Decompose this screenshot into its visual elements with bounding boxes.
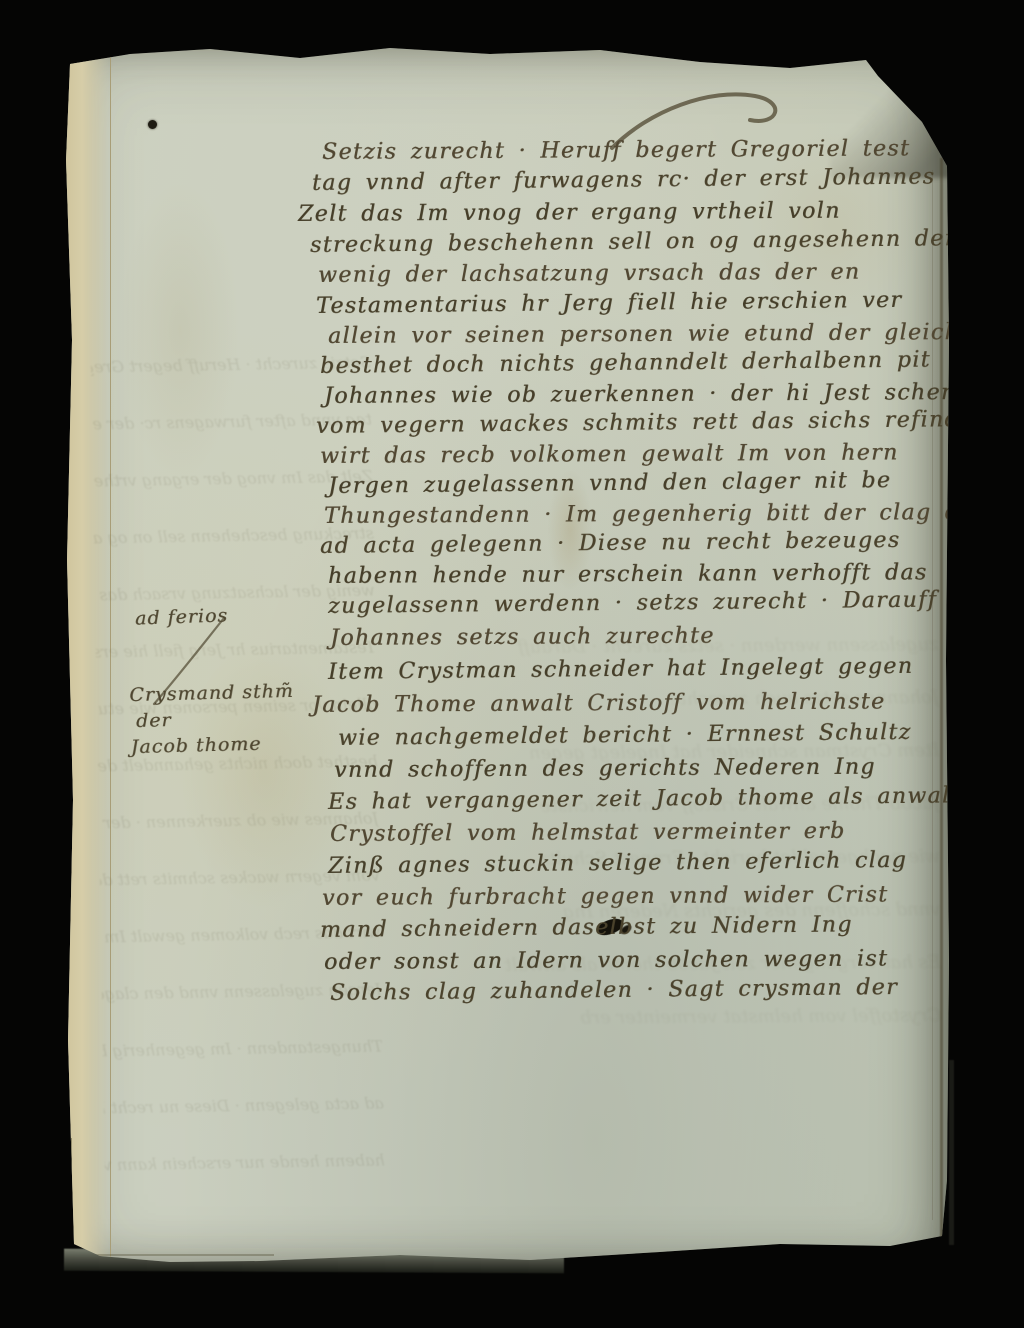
text-line: tag vnnd after furwagens rc· der erst Jo… — [312, 164, 936, 196]
text-line: mand schneidern daselbst zu Nidern Ing — [320, 912, 853, 943]
text-line: Johannes wie ob zuerkennen · der hi Jest… — [324, 380, 979, 409]
text-line: allein vor seinen personen wie etund der… — [328, 320, 960, 349]
text-line: besthet doch nichts gehanndelt derhalben… — [320, 348, 931, 379]
text-line: Jergen zugelassenn vnnd den clager nit b… — [328, 468, 892, 499]
text-line: Zelt das Im vnog der ergang vrtheil voln — [298, 199, 841, 227]
text-line: Setzis zurecht · Heruff begert Gregoriel… — [322, 136, 910, 165]
page-stack-edge — [949, 1060, 954, 1245]
text-line: Testamentarius hr Jerg fiell hie erschie… — [316, 288, 903, 319]
manuscript-text-block: Setzis zurecht · Heruff begert Gregoriel… — [60, 40, 952, 1290]
text-line: Thungestandenn · Im gegenherig bitt der … — [324, 500, 987, 529]
text-line: vor euch furbracht gegen vnnd wider Cris… — [322, 883, 888, 911]
photo-background: Setzis zurecht · Heruff begert Gregoriel… — [0, 0, 1024, 1328]
manuscript-page: Setzis zurecht · Heruff begert Gregoriel… — [60, 40, 952, 1290]
text-line: Zinß agnes stuckin selige then eferlich … — [328, 848, 907, 879]
text-line: zugelassenn werdenn · setzs zurecht · Da… — [328, 588, 937, 619]
text-line: Solchs clag zuhandelen · Sagt crysman de… — [330, 975, 898, 1006]
text-line: Es hat vergangener zeit Jacob thome als … — [328, 783, 961, 815]
text-line: wirt das recb volkomen gewalt Im von her… — [320, 440, 899, 469]
text-line: Jacob Thome anwalt Cristoff vom helrichs… — [312, 689, 886, 718]
text-line: wenig der lachsatzung vrsach das der en — [318, 260, 861, 288]
text-line: habenn hende nur erschein kann verhofft … — [328, 560, 928, 589]
text-line: Johannes setzs auch zurechte — [330, 624, 715, 651]
text-line: oder sonst an Idern von solchen wegen is… — [324, 947, 888, 975]
text-line: Item Crystman schneider hat Ingelegt geg… — [328, 654, 914, 685]
text-line: wie nachgemeldet bericht · Ernnest Schul… — [338, 720, 912, 751]
text-line: ad acta gelegenn · Diese nu recht bezeug… — [320, 528, 901, 559]
text-line: vnnd schoffenn des gerichts Nederen Ing — [334, 755, 876, 783]
text-line: vom vegern wackes schmits rett das sichs… — [316, 407, 970, 439]
text-line: Crystoffel vom helmstat vermeinter erb — [330, 819, 846, 847]
text-line: streckung beschehenn sell on og angesehe… — [310, 226, 1007, 258]
